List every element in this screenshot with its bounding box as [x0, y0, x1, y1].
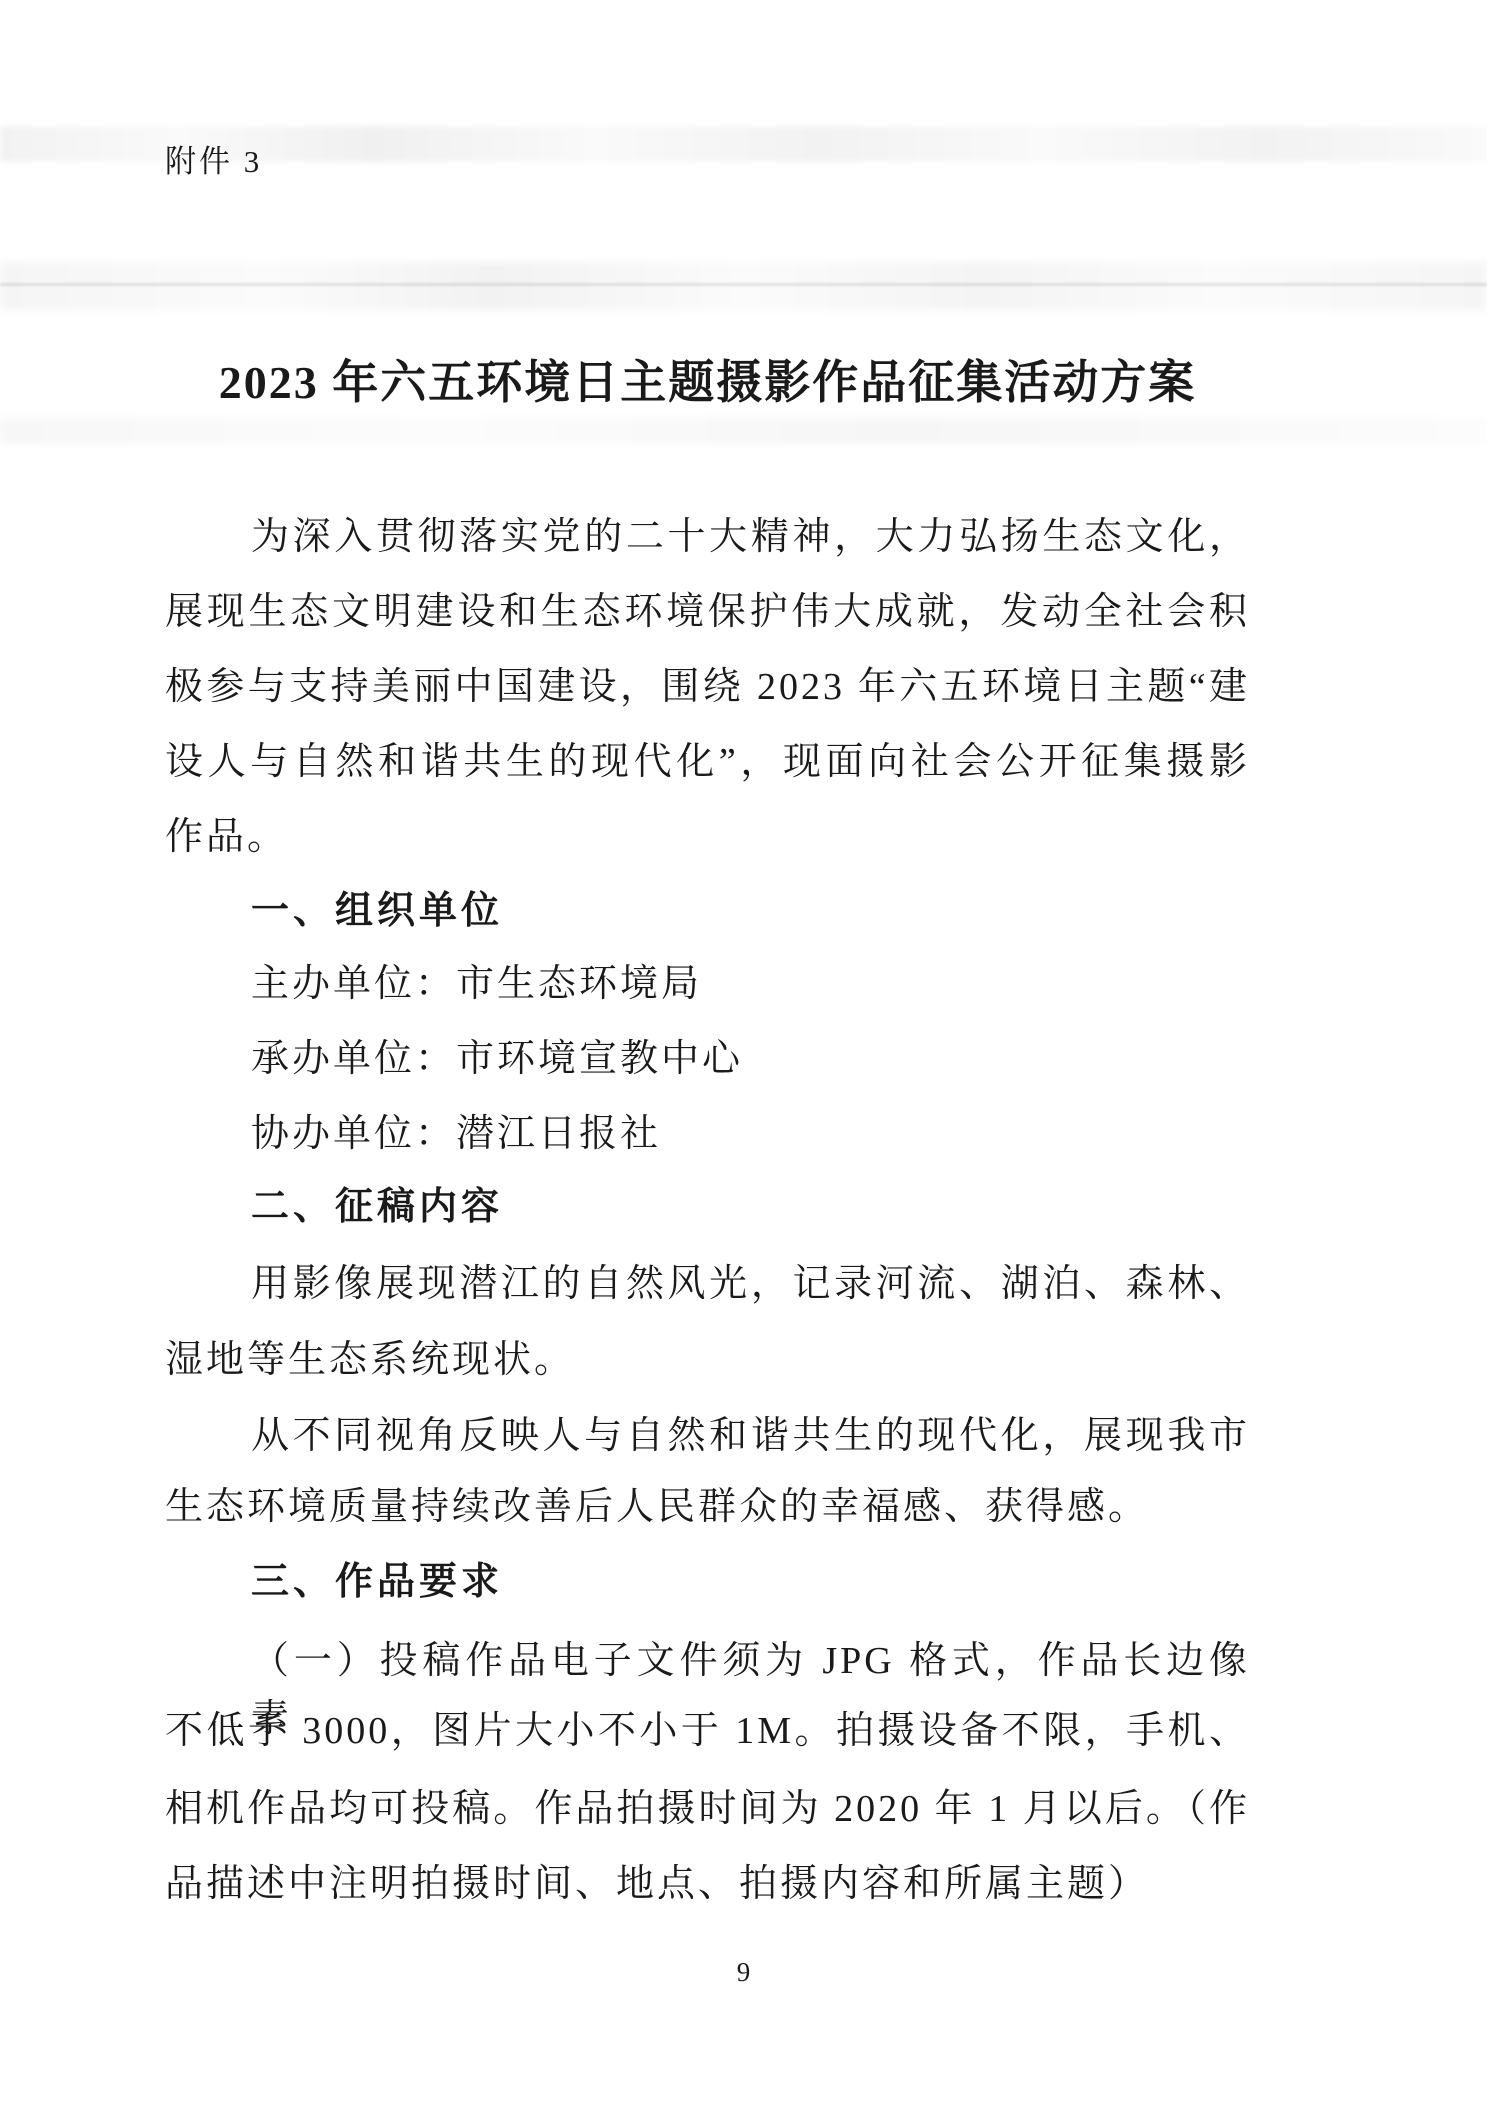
- section-heading-submission-content: 二、征稿内容: [165, 1178, 1250, 1236]
- content-para1-line-1: 用影像展现潜江的自然风光，记录河流、湖泊、森林、: [165, 1255, 1250, 1313]
- scanned-document-page: 附件 3 2023 年六五环境日主题摄影作品征集活动方案 为深入贯彻落实党的二十…: [0, 0, 1487, 2102]
- intro-line-2: 展现生态文明建设和生态环境保护伟大成就，发动全社会积: [165, 583, 1250, 641]
- section-heading-organizers: 一、组织单位: [165, 882, 1250, 940]
- host-unit-line: 主办单位：市生态环境局: [165, 955, 1250, 1013]
- section-heading-work-requirements: 三、作品要求: [165, 1553, 1250, 1611]
- content-para2-line-1: 从不同视角反映人与自然和谐共生的现代化，展现我市: [165, 1407, 1250, 1465]
- requirements-line-3: 相机作品均可投稿。作品拍摄时间为 2020 年 1 月以后。（作: [165, 1780, 1250, 1838]
- content-para2-line-2: 生态环境质量持续改善后人民群众的幸福感、获得感。: [165, 1478, 1250, 1536]
- intro-line-5: 作品。: [165, 808, 1250, 866]
- content-para1-line-2: 湿地等生态系统现状。: [165, 1331, 1250, 1389]
- intro-line-1: 为深入贯彻落实党的二十大精神，大力弘扬生态文化，: [165, 508, 1250, 566]
- intro-line-3: 极参与支持美丽中国建设，围绕 2023 年六五环境日主题“建: [165, 658, 1250, 716]
- undertaker-unit-line: 承办单位：市环境宣教中心: [165, 1030, 1250, 1088]
- scan-noise-line: [0, 283, 1487, 286]
- scan-noise-band: [0, 262, 1487, 310]
- co-organizer-unit-line: 协办单位：潜江日报社: [165, 1105, 1250, 1163]
- page-number: 9: [0, 1952, 1487, 1992]
- requirements-line-4: 品描述中注明拍摄时间、地点、拍摄内容和所属主题）: [165, 1855, 1250, 1913]
- document-title: 2023 年六五环境日主题摄影作品征集活动方案: [165, 344, 1250, 422]
- intro-line-4: 设人与自然和谐共生的现代化”，现面向社会公开征集摄影: [165, 733, 1250, 791]
- attachment-label: 附件 3: [165, 134, 262, 190]
- requirements-line-2: 不低于 3000，图片大小不小于 1M。拍摄设备不限，手机、: [165, 1702, 1250, 1760]
